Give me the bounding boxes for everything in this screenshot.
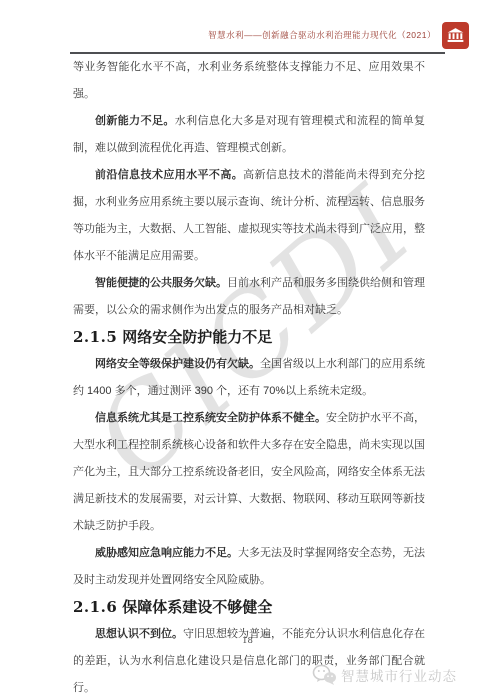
paragraph: 创新能力不足。水利信息化大多是对现有管理模式和流程的简单复制，难以做到流程优化再… bbox=[73, 108, 425, 162]
section-number: 2.1.6 bbox=[73, 598, 117, 616]
paragraph-lead: 智能便捷的公共服务欠缺。 bbox=[95, 277, 227, 289]
document-body: 等业务智能化水平不高，水利业务系统整体支撑能力不足、应用效果不强。 创新能力不足… bbox=[73, 54, 425, 700]
paragraph-text: 高新信息技术的潜能尚未得到充分挖掘，水利业务应用系统主要以展示查询、统计分析、流… bbox=[73, 169, 425, 262]
paragraph: 威胁感知应急响应能力不足。大多无法及时掌握网络安全态势，无法及时主动发现并处置网… bbox=[73, 540, 425, 594]
paragraph: 等业务智能化水平不高，水利业务系统整体支撑能力不足、应用效果不强。 bbox=[73, 54, 425, 108]
section-heading-2-1-5: 2.1.5网络安全防护能力不足 bbox=[73, 324, 425, 351]
running-title: 智慧水利——创新融合驱动水利治理能力现代化（2021） bbox=[208, 29, 436, 41]
ccid-building-logo-icon bbox=[442, 22, 469, 49]
paragraph: 智能便捷的公共服务欠缺。目前水利产品和服务多围绕供给侧和管理需要，以公众的需求侧… bbox=[73, 270, 425, 324]
paragraph-lead: 创新能力不足。 bbox=[95, 115, 175, 127]
section-title: 网络安全防护能力不足 bbox=[122, 329, 272, 346]
paragraph-text: 等业务智能化水平不高，水利业务系统整体支撑能力不足、应用效果不强。 bbox=[73, 61, 425, 100]
footer-brand-text: 智慧城市行业动态 bbox=[341, 665, 457, 685]
paragraph-lead: 网络安全等级保护建设仍有欠缺。 bbox=[95, 358, 260, 370]
wechat-icon bbox=[312, 664, 337, 686]
header-rule bbox=[70, 52, 445, 54]
paragraph: 前沿信息技术应用水平不高。高新信息技术的潜能尚未得到充分挖掘，水利业务应用系统主… bbox=[73, 162, 425, 270]
paragraph-text: 安全防护水平不高，大型水利工程控制系统核心设备和软件大多存在安全隐患，尚未实现以… bbox=[73, 412, 425, 532]
paragraph: 信息系统尤其是工控系统安全防护体系不健全。安全防护水平不高，大型水利工程控制系统… bbox=[73, 405, 425, 540]
paragraph-lead: 前沿信息技术应用水平不高。 bbox=[95, 169, 243, 181]
paragraph-lead: 威胁感知应急响应能力不足。 bbox=[95, 547, 238, 559]
section-number: 2.1.5 bbox=[73, 328, 117, 346]
footer-brand: 智慧城市行业动态 bbox=[312, 664, 457, 686]
paragraph: 思想认识不到位。守旧思想较为普遍，不能充分认识水利信息化存在的差距，认为水利信息… bbox=[73, 621, 425, 700]
section-heading-2-1-6: 2.1.6保障体系建设不够健全 bbox=[73, 594, 425, 621]
page-number: 18 bbox=[0, 636, 495, 646]
page-header: 智慧水利——创新融合驱动水利治理能力现代化（2021） bbox=[70, 20, 469, 50]
section-title: 保障体系建设不够健全 bbox=[122, 599, 272, 616]
paragraph-lead: 信息系统尤其是工控系统安全防护体系不健全。 bbox=[95, 412, 326, 424]
paragraph: 网络安全等级保护建设仍有欠缺。全国省级以上水利部门的应用系统约 1400 多个，… bbox=[73, 351, 425, 405]
document-page: CICDI 智慧水利——创新融合驱动水利治理能力现代化（2021） 等业务智能化… bbox=[0, 0, 495, 700]
